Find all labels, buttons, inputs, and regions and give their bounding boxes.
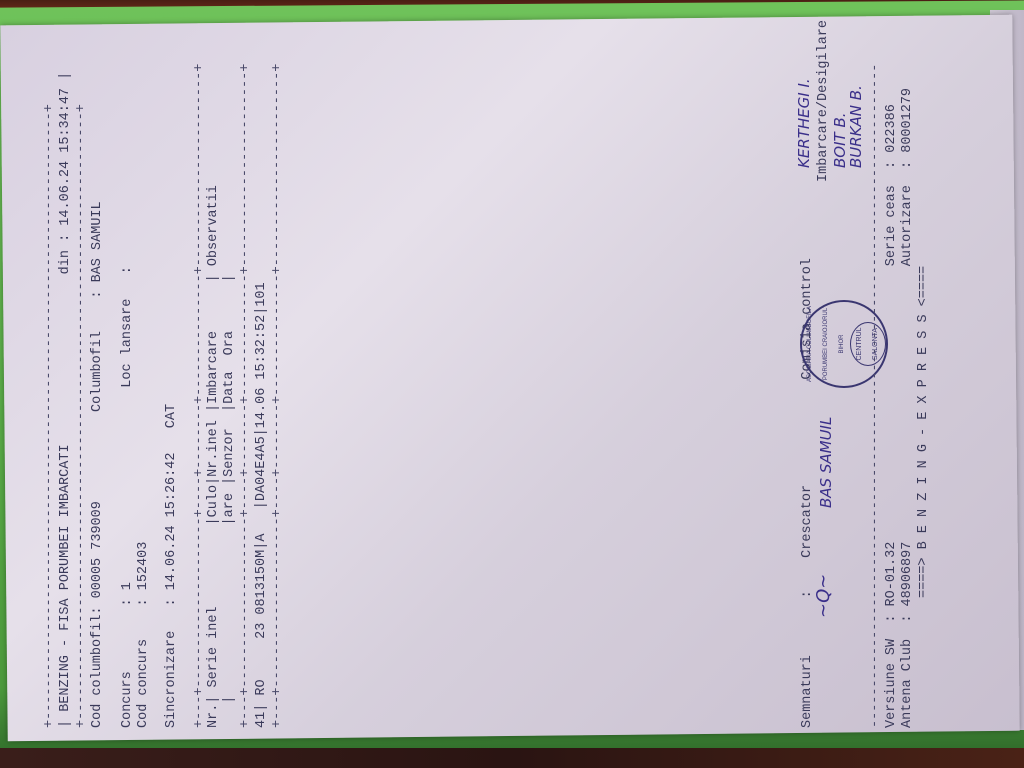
th-imbarcare-2: Data Ora (222, 331, 237, 404)
concurs-value: 1 (120, 582, 135, 590)
cod-concurs-label: Cod concurs (136, 639, 151, 728)
background-bottom (0, 748, 1024, 768)
concurs-row: Concurs : 1 Loc lansare : (120, 266, 136, 728)
columbofil-value: BAS SAMUIL (90, 201, 105, 282)
serie-ceas-label: Serie ceas (884, 185, 899, 266)
concurs-label: Concurs (120, 671, 135, 728)
sincronizare-extra: CAT (164, 404, 179, 428)
versiune-value: RO-01.32 (884, 542, 899, 607)
table-border-bottom: +---+---------------------+----+--------… (270, 64, 286, 728)
semnaturi-label: Semnaturi (800, 655, 815, 728)
footer-row-2: Antena Club : 48906897 Autorizare : 8000… (900, 88, 916, 728)
th-nr: Nr. (206, 704, 221, 728)
th-culoare-1: Culo (206, 485, 221, 517)
table-border-mid: +---+---------------------+----+--------… (238, 64, 254, 728)
handwritten-signature-semnaturi: ~Q~ (816, 574, 832, 618)
cell-culoare: A (254, 534, 269, 542)
brand-line: ====> B E N Z I N G - E X P R E S S <===… (916, 266, 932, 598)
sincronizare-value: 14.06.24 15:26:42 (164, 453, 179, 591)
cell-tara: RO (254, 679, 269, 695)
th-imbarcare-1: Imbarcare (206, 331, 221, 404)
table-row: 41| RO 23 0813150M|A |DA04E4A5|14.06 15:… (254, 282, 270, 728)
th-culoare-2: are (222, 493, 237, 517)
sincronizare-row: Sincronizare : 14.06.24 15:26:42 CAT (164, 404, 180, 728)
footer-row-1: Versiune SW : RO-01.32 Serie ceas : 0223… (884, 104, 900, 728)
cell-imbarcare: 14.06 15:32:52 (254, 315, 269, 428)
autorizare-value: 80001279 (900, 88, 915, 153)
versiune-label: Versiune SW (884, 639, 899, 728)
signatures-row: Semnaturi : Crescator Comisia control (800, 201, 816, 728)
handwritten-name-3: BURKAN B. (848, 85, 864, 168)
table-header-row-1: Nr.| Serie inel |Culo|Nr.inel |Imbarcare… (206, 185, 222, 728)
handwritten-name-2: BOIT B. (832, 112, 848, 168)
loc-lansare-label: Loc lansare (120, 299, 135, 388)
date-value: 14.06.24 15:34:47 (58, 88, 73, 226)
crescator-label: Crescator (800, 485, 815, 558)
footer-border: ----------------------------------------… (868, 64, 884, 728)
document-printout: +---------------------------------------… (40, 38, 940, 728)
cod-columbofil-value: 00005 739009 (90, 501, 105, 598)
cell-nr-inel-senzor: DA04E4A5 (254, 436, 269, 501)
cod-concurs-value: 152403 (136, 542, 151, 591)
autorizare-label: Autorizare (900, 185, 915, 266)
cell-nr: 41 (254, 712, 269, 728)
table-header-row-2: | |are |Senzor |Data Ora | (222, 274, 238, 728)
cell-serie-inel: 23 0813150M (254, 550, 269, 639)
header-border-bottom: +---------------------------------------… (74, 104, 90, 728)
stamp-outer-text: ASOCIATIA COLUMBOFILA "PORUMBEI CRAIOJOR… (802, 304, 850, 384)
antena-label: Antena Club (900, 639, 915, 728)
sincronizare-label: Sincronizare (164, 631, 179, 728)
th-nr-inel-1: Nr.inel (206, 420, 221, 477)
handwritten-crescator: BAS SAMUIL (818, 417, 834, 508)
header-border-top: +---------------------------------------… (42, 104, 58, 728)
cod-columbofil-label: Cod columbofil: (90, 606, 105, 728)
columbofil-row: Cod columbofil: 00005 739009 Columbofil … (90, 201, 106, 728)
imbarcare-desigilare-label: Imbarcare/Desigilare (816, 20, 832, 182)
date-label: din (58, 250, 73, 274)
columbofil-label: Columbofil (90, 331, 105, 412)
handwritten-name-1: KERTHEGI I. (796, 78, 812, 168)
antena-value: 48906897 (900, 542, 915, 607)
header-row: | BENZING - FISA PORUMBEI IMBARCATI din … (58, 72, 74, 728)
serie-ceas-value: 022386 (884, 104, 899, 153)
th-nr-inel-2: Senzor (222, 428, 237, 477)
document-title: BENZING - FISA PORUMBEI IMBARCATI (58, 444, 73, 711)
th-observatii: Observatii (206, 185, 221, 266)
th-serie-inel: Serie inel (206, 606, 221, 687)
cell-observatii: 101 (254, 282, 269, 306)
cod-concurs-row: Cod concurs : 152403 (136, 542, 152, 728)
